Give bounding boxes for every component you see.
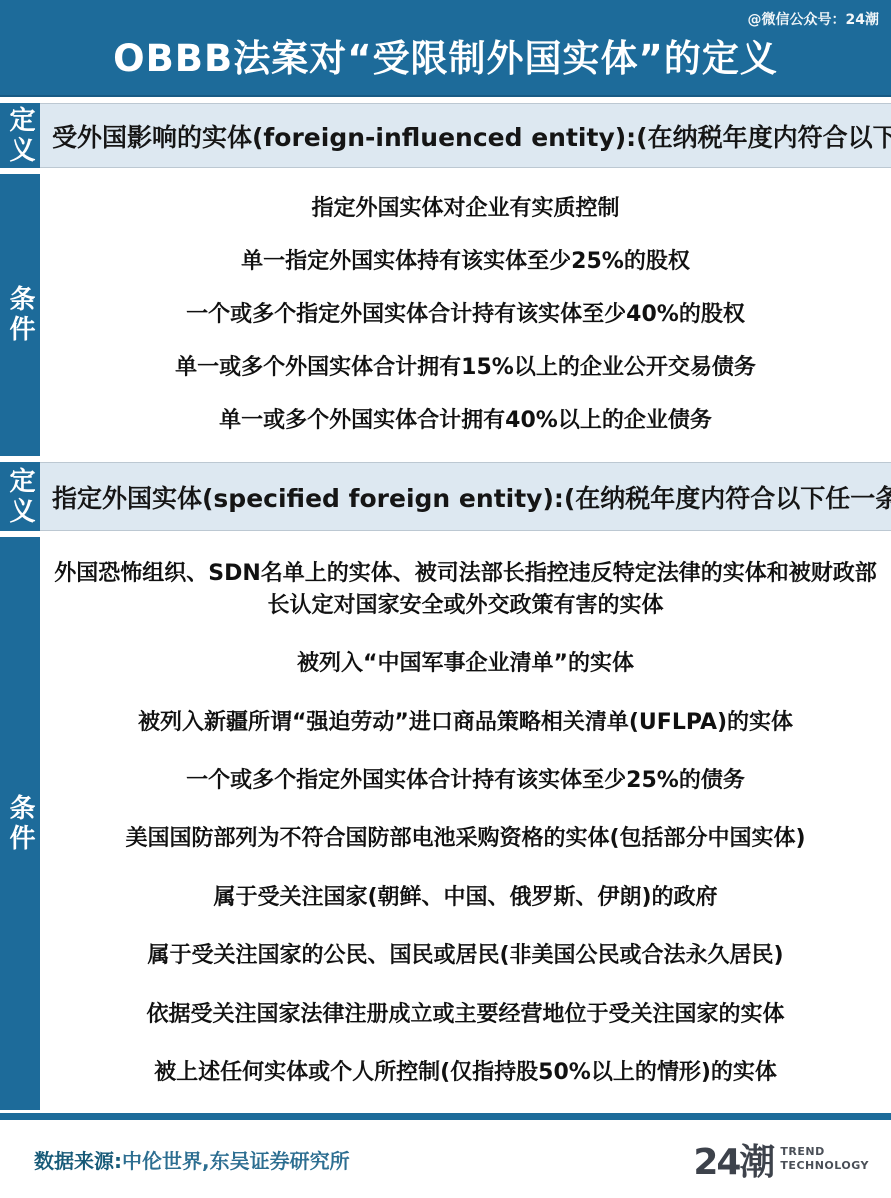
condition-item: 单一或多个外国实体合计拥有15%以上的企业公开交易债务 — [175, 352, 756, 384]
side-cell-conditions-1: 条件 — [0, 174, 40, 456]
definition-body-2: 指定外国实体(specified foreign entity):(在纳税年度内… — [40, 462, 891, 531]
definition-body-1: 受外国影响的实体(foreign-influenced entity):(在纳税… — [40, 103, 891, 168]
condition-item: 属于受关注国家(朝鲜、中国、俄罗斯、伊朗)的政府 — [213, 882, 717, 914]
side-cell-definition-2: 定义 — [0, 462, 40, 531]
condition-item: 一个或多个指定外国实体合计持有该实体至少40%的股权 — [186, 299, 745, 331]
condition-item: 被列入新疆所谓“强迫劳动”进口商品策略相关清单(UFLPA)的实体 — [138, 707, 793, 739]
logo-wordmark: 24潮 — [693, 1134, 773, 1185]
condition-item: 外国恐怖组织、SDN名单上的实体、被司法部长指控违反特定法律的实体和被财政部长认… — [51, 558, 881, 622]
conditions-row-2: 条件 外国恐怖组织、SDN名单上的实体、被司法部长指控违反特定法律的实体和被财政… — [0, 537, 891, 1110]
data-source-label: 数据来源: — [34, 1149, 122, 1173]
brand-logo: 24潮 TREND TECHNOLOGY — [693, 1134, 869, 1185]
page-title: OBBB法案对“受限制外国实体”的定义 — [113, 28, 778, 82]
condition-item: 单一或多个外国实体合计拥有40%以上的企业债务 — [219, 405, 712, 437]
footer: 数据来源:中伦世界,东吴证券研究所 24潮 TREND TECHNOLOGY — [0, 1120, 891, 1198]
side-label-definition-2: 定义 — [7, 467, 33, 527]
condition-item: 被列入“中国军事企业清单”的实体 — [297, 648, 634, 680]
side-cell-conditions-2: 条件 — [0, 537, 40, 1110]
conditions-row-1: 条件 指定外国实体对企业有实质控制 单一指定外国实体持有该实体至少25%的股权 … — [0, 174, 891, 456]
condition-item: 被上述任何实体或个人所控制(仅指持股50%以上的情形)的实体 — [154, 1057, 777, 1089]
definition-text-2: 指定外国实体(specified foreign entity):(在纳税年度内… — [52, 479, 891, 515]
definition-row-2: 定义 指定外国实体(specified foreign entity):(在纳税… — [0, 462, 891, 531]
data-source: 数据来源:中伦世界,东吴证券研究所 — [34, 1145, 350, 1174]
condition-item: 指定外国实体对企业有实质控制 — [311, 193, 619, 225]
side-label-conditions-2: 条件 — [7, 794, 33, 854]
data-source-text: 中伦世界,东吴证券研究所 — [122, 1149, 350, 1173]
condition-item: 一个或多个指定外国实体合计持有该实体至少25%的债务 — [186, 765, 745, 797]
logo-subtitle-line2: TECHNOLOGY — [780, 1159, 869, 1173]
definition-row-1: 定义 受外国影响的实体(foreign-influenced entity):(… — [0, 103, 891, 168]
conditions-body-2: 外国恐怖组织、SDN名单上的实体、被司法部长指控违反特定法律的实体和被财政部长认… — [40, 537, 891, 1110]
side-cell-definition-1: 定义 — [0, 103, 40, 168]
condition-item: 美国国防部列为不符合国防部电池采购资格的实体(包括部分中国实体) — [125, 823, 805, 855]
definition-text-1: 受外国影响的实体(foreign-influenced entity):(在纳税… — [52, 118, 891, 154]
condition-item: 属于受关注国家的公民、国民或居民(非美国公民或合法永久居民) — [147, 940, 783, 972]
logo-subtitle-line1: TREND — [780, 1145, 869, 1159]
infographic-page: OBBB法案对“受限制外国实体”的定义 @微信公众号：24潮 定义 受外国影响的… — [0, 0, 891, 1198]
header-bar: OBBB法案对“受限制外国实体”的定义 @微信公众号：24潮 — [0, 0, 891, 97]
condition-item: 依据受关注国家法律注册成立或主要经营地位于受关注国家的实体 — [146, 999, 784, 1031]
footer-divider-bar — [0, 1113, 891, 1120]
side-label-definition-1: 定义 — [7, 106, 33, 166]
condition-item: 单一指定外国实体持有该实体至少25%的股权 — [241, 246, 690, 278]
watermark-text: @微信公众号：24潮 — [748, 9, 879, 29]
side-label-conditions-1: 条件 — [7, 285, 33, 345]
logo-subtitle: TREND TECHNOLOGY — [780, 1145, 869, 1173]
conditions-body-1: 指定外国实体对企业有实质控制 单一指定外国实体持有该实体至少25%的股权 一个或… — [40, 174, 891, 456]
